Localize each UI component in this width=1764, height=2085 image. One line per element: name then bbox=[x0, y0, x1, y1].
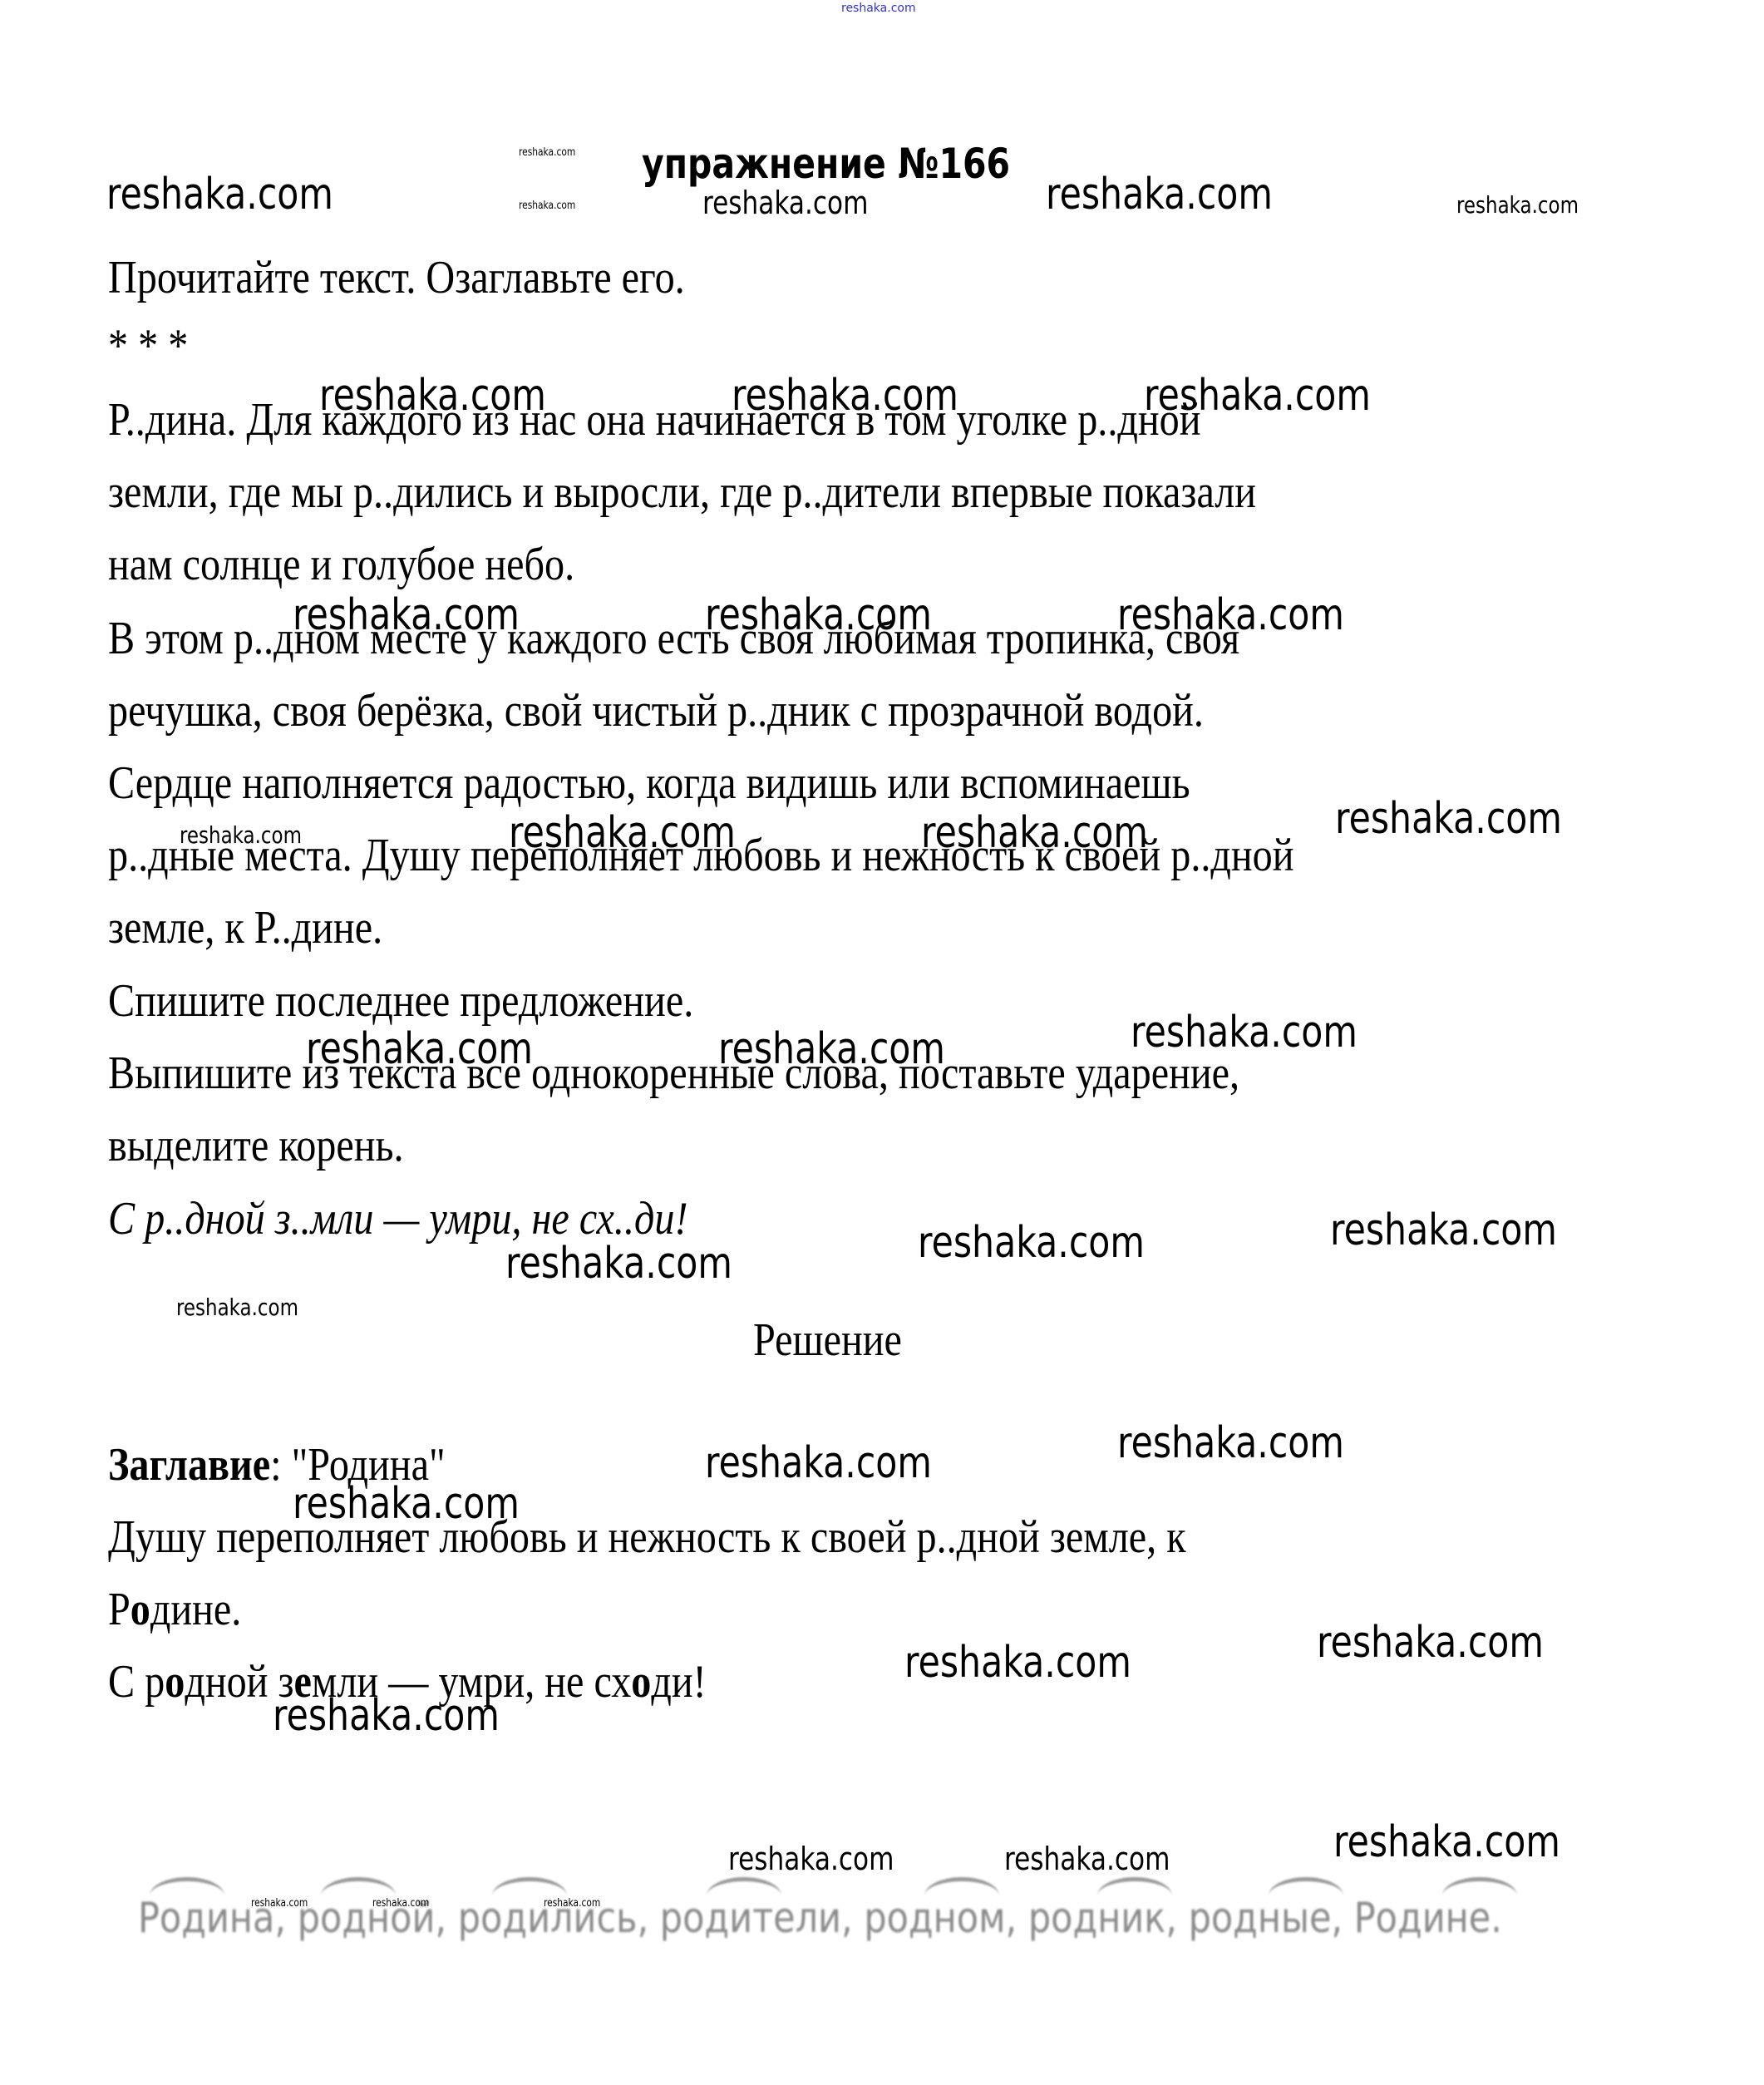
watermark: reshaka.com bbox=[732, 371, 958, 421]
watermark: reshaka.com bbox=[106, 170, 333, 219]
top-watermark: reshaka.com bbox=[841, 2, 916, 15]
watermark: reshaka.com bbox=[319, 371, 546, 421]
instruction-line: Спишите последнее предложение. bbox=[108, 974, 693, 1028]
watermark: reshaka.com bbox=[705, 1438, 932, 1488]
text-line: речушка, своя берёзка, свой чистый р..дн… bbox=[108, 684, 1204, 737]
watermark: reshaka.com bbox=[1144, 371, 1371, 421]
watermark: reshaka.com bbox=[1335, 794, 1562, 844]
watermark: reshaka.com bbox=[519, 200, 575, 212]
watermark: reshaka.com bbox=[519, 146, 575, 159]
text-line: нам солнце и голубое небо. bbox=[108, 538, 574, 591]
watermark: reshaka.com bbox=[293, 590, 520, 640]
text-line: земле, к Р..дине. bbox=[108, 901, 382, 954]
text-line: Сердце наполняется радостью, когда видиш… bbox=[108, 757, 1190, 810]
watermark: reshaka.com bbox=[1131, 1008, 1357, 1057]
watermark: reshaka.com bbox=[1330, 1205, 1557, 1255]
watermark: reshaka.com bbox=[180, 821, 302, 849]
watermark: reshaka.com bbox=[702, 185, 868, 221]
watermark: reshaka.com bbox=[1117, 590, 1344, 640]
stressed-vowel: о bbox=[165, 1656, 185, 1708]
watermark: reshaka.com bbox=[293, 1479, 520, 1529]
watermark: reshaka.com bbox=[544, 1897, 600, 1910]
solution-sentence-line: Родине. bbox=[108, 1583, 241, 1636]
watermark: reshaka.com bbox=[505, 1239, 732, 1289]
watermark: reshaka.com bbox=[904, 1638, 1131, 1688]
task-instruction: Прочитайте текст. Озаглавьте его. bbox=[108, 251, 685, 304]
watermark: reshaka.com bbox=[372, 1897, 429, 1910]
proverb: С р..дной з..мли — умри, не сх..ди! bbox=[108, 1192, 688, 1245]
watermark: reshaka.com bbox=[1333, 1817, 1560, 1867]
stressed-vowel: о bbox=[631, 1656, 651, 1708]
text-line: земли, где мы р..дились и выросли, где р… bbox=[108, 466, 1256, 519]
watermark: reshaka.com bbox=[728, 1841, 894, 1877]
solution-sentence-line: Душу переполняет любовь и нежность к сво… bbox=[108, 1511, 1186, 1564]
watermark: reshaka.com bbox=[1046, 170, 1273, 219]
exercise-heading: упражнение №166 bbox=[642, 140, 1010, 188]
title-label: Заглавие bbox=[108, 1439, 270, 1491]
root-words-list: Родина, родной, родились, родители, родн… bbox=[138, 1894, 1502, 1942]
watermark: reshaka.com bbox=[705, 590, 932, 640]
text-line: В этом р..дном месте у каждого есть своя… bbox=[108, 612, 1239, 665]
watermark: reshaka.com bbox=[1317, 1618, 1544, 1668]
watermark: reshaka.com bbox=[718, 1024, 945, 1074]
watermark: reshaka.com bbox=[176, 1294, 298, 1321]
watermark: reshaka.com bbox=[509, 808, 736, 858]
text-separator: * * * bbox=[108, 319, 188, 372]
watermark: reshaka.com bbox=[918, 1218, 1145, 1268]
watermark: reshaka.com bbox=[1004, 1841, 1170, 1877]
watermark: reshaka.com bbox=[1117, 1418, 1344, 1468]
instruction-line: выделите корень. bbox=[108, 1119, 404, 1172]
instruction-line: Выпишите из текста все однокоренные слов… bbox=[108, 1047, 1239, 1100]
watermark: reshaka.com bbox=[921, 808, 1148, 858]
stressed-vowel: о bbox=[131, 1584, 150, 1635]
watermark: reshaka.com bbox=[251, 1897, 308, 1910]
watermark: reshaka.com bbox=[273, 1691, 500, 1741]
solution-label: Решение bbox=[753, 1314, 902, 1367]
text-line: Р..дина. Для каждого из нас она начинает… bbox=[108, 393, 1201, 446]
watermark: reshaka.com bbox=[306, 1024, 533, 1074]
watermark: reshaka.com bbox=[1456, 191, 1579, 219]
